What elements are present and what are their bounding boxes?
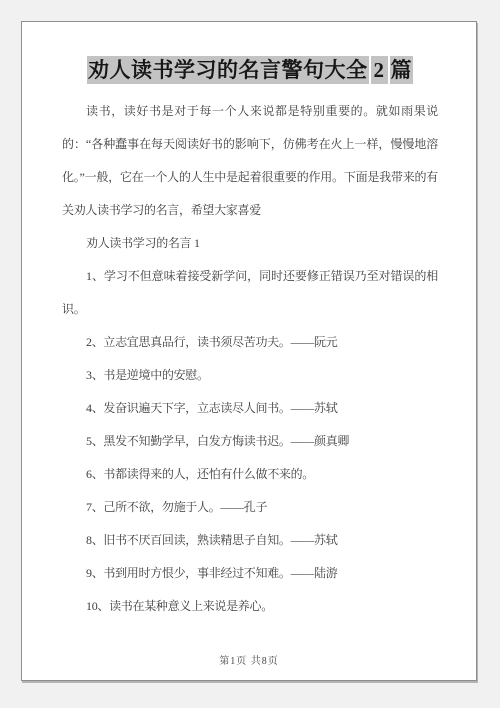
title-highlight-number: 2 xyxy=(371,56,388,84)
quote-item: 5、黑发不知勤学早，白发方悔读书迟。——颜真卿 xyxy=(62,425,438,458)
page-footer: 第1页 共8页 xyxy=(22,652,476,667)
quote-item: 7、己所不欲，勿施于人。——孔子 xyxy=(62,491,438,524)
section-heading: 劝人读书学习的名言 1 xyxy=(62,227,438,260)
quote-item: 1、学习不但意味着接受新学问，同时还要修正错误乃至对错误的相识。 xyxy=(62,260,438,326)
page-title: 劝人读书学习的名言警句大全2篇 xyxy=(62,55,438,85)
quote-item: 4、发奋识遍天下字，立志读尽人间书。——苏轼 xyxy=(62,392,438,425)
intro-paragraph: 读书，读好书是对于每一个人来说都是特别重要的。就如雨果说的：“各种蠢事在每天阅读… xyxy=(62,95,438,227)
title-highlight-suffix: 篇 xyxy=(390,56,414,84)
document-content: 劝人读书学习的名言警句大全2篇 读书，读好书是对于每一个人来说都是特别重要的。就… xyxy=(22,22,476,623)
quote-item: 8、旧书不厌百回读，熟读精思子自知。——苏轼 xyxy=(62,524,438,557)
quote-item: 10、读书在某种意义上来说是养心。 xyxy=(62,590,438,623)
document-page: 劝人读书学习的名言警句大全2篇 读书，读好书是对于每一个人来说都是特别重要的。就… xyxy=(21,21,477,681)
quote-item: 2、立志宜思真品行，读书须尽苦功夫。——阮元 xyxy=(62,326,438,359)
quote-item: 6、书都读得来的人，还怕有什么做不来的。 xyxy=(62,458,438,491)
quote-item: 3、书是逆境中的安慰。 xyxy=(62,359,438,392)
title-highlight-main: 劝人读书学习的名言警句大全 xyxy=(87,56,369,84)
quote-item: 9、书到用时方恨少，事非经过不知难。——陆游 xyxy=(62,557,438,590)
